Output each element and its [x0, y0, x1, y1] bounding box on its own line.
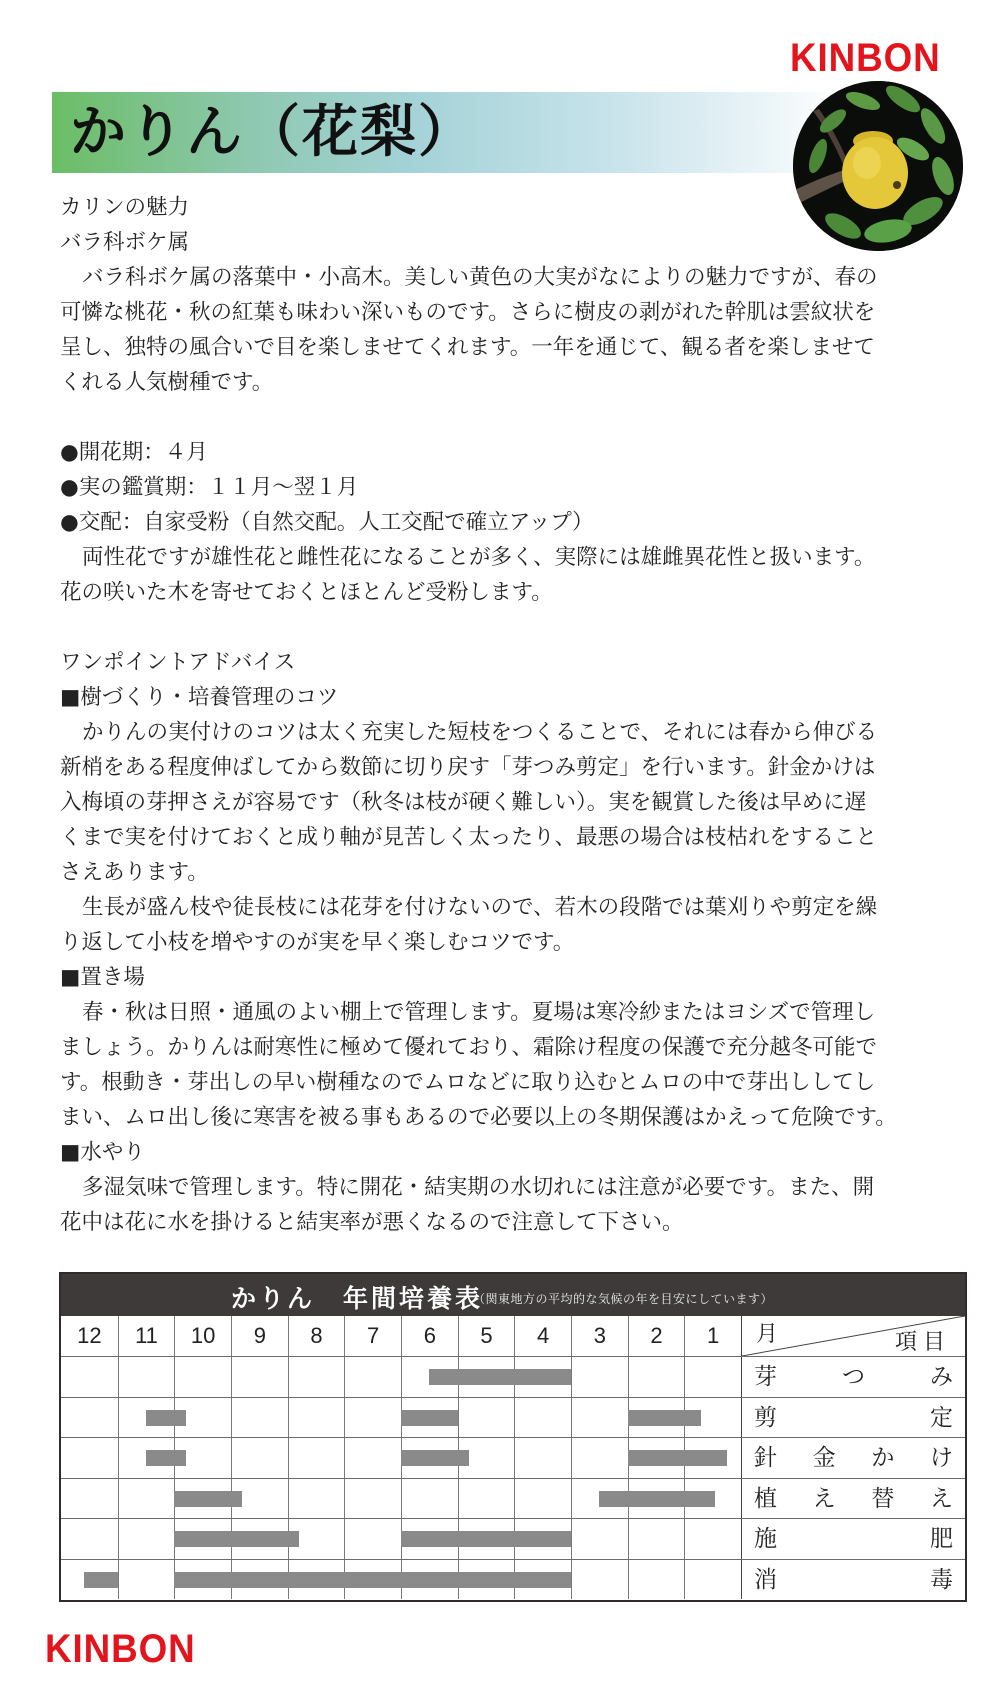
month-header-cell: 1	[684, 1316, 741, 1356]
task-label: 消毒	[742, 1560, 965, 1600]
intro-line: 呈し、独特の風合いで目を楽しませてくれます。一年を通じて、観る者を楽しませて	[60, 330, 952, 365]
schedule-row: 芽つみ	[61, 1356, 965, 1397]
schedule-row: 植え替え	[61, 1478, 965, 1519]
task-label-char: 針	[754, 1438, 777, 1478]
schedule-cell	[514, 1398, 571, 1438]
schedule-row: 剪定	[61, 1397, 965, 1438]
schedule-cell	[344, 1519, 401, 1559]
pollination-note: 花の咲いた木を寄せておくとほとんど受粉します。	[60, 575, 952, 610]
schedule-cell	[61, 1479, 118, 1519]
schedule-cell	[514, 1479, 571, 1519]
advice-line: 入梅頃の芽押さえが容易です（秋冬は枝が硬く難しい）。実を観賞した後は早めに遅	[60, 785, 952, 820]
advice-line: さえあります。	[60, 855, 952, 890]
schedule-cell	[684, 1519, 741, 1559]
month-header-cell: 12	[61, 1316, 118, 1356]
schedule-cell	[571, 1357, 628, 1397]
schedule-cell	[344, 1438, 401, 1478]
task-label-cell: 針金かけ	[741, 1438, 965, 1478]
schedule-cell	[231, 1438, 288, 1478]
schedule-cell	[118, 1357, 175, 1397]
schedule-cell	[571, 1560, 628, 1600]
task-label-cell: 施肥	[741, 1519, 965, 1559]
month-header-cell: 9	[231, 1316, 288, 1356]
schedule-cell	[61, 1357, 118, 1397]
task-label-char: 芽	[754, 1357, 777, 1397]
schedule-cell	[458, 1479, 515, 1519]
advice-line: り返して小枝を増やすのが実を早く楽しむコツです。	[60, 925, 952, 960]
page-title: かりん（花梨）	[70, 98, 476, 166]
fact-pollination: ●交配：自家受粉（自然交配。人工交配で確立アップ）	[60, 505, 952, 540]
schedule-cell	[231, 1398, 288, 1438]
advice-line: 多湿気味で管理します。特に開花・結実期の水切れには注意が必要です。また、開	[60, 1170, 952, 1205]
task-label-char: 金	[813, 1438, 836, 1478]
month-header-cell: 11	[118, 1316, 175, 1356]
task-label-char: か	[871, 1438, 894, 1478]
schedule-cell	[628, 1560, 685, 1600]
task-label-char: え	[813, 1479, 836, 1519]
schedule-cell	[288, 1357, 345, 1397]
schedule-bar	[84, 1572, 118, 1588]
schedule-row: 消毒	[61, 1559, 965, 1600]
month-header-cell: 8	[288, 1316, 345, 1356]
section-heading-charm: カリンの魅力	[60, 190, 952, 225]
schedule-cell	[288, 1398, 345, 1438]
schedule-cell	[174, 1357, 231, 1397]
intro-line: 可憐な桃花・秋の紅葉も味わい深いものです。さらに樹皮の剥がれた幹肌は雲紋状を	[60, 295, 952, 330]
schedule-cell	[458, 1398, 515, 1438]
month-header-cell: 3	[571, 1316, 628, 1356]
schedule-cell	[118, 1479, 175, 1519]
task-label-char: 毒	[930, 1560, 953, 1600]
article-body: カリンの魅力 バラ科ボケ属 バラ科ボケ属の落葉中・小高木。美しい黄色の大実がなに…	[60, 190, 952, 1240]
fact-fruit-viewing: ●実の鑑賞期：１１月～翌１月	[60, 470, 952, 505]
task-label: 剪定	[742, 1398, 965, 1438]
task-label: 針金かけ	[742, 1438, 965, 1478]
task-label-char: つ	[842, 1357, 865, 1397]
month-header-row: 121110987654321月項目	[61, 1316, 965, 1356]
pollination-note: 両性花ですが雄性花と雌性花になることが多く、実際には雄雌異花性と扱います。	[60, 540, 952, 575]
advice-line: 春・秋は日照・通風のよい棚上で管理します。夏場は寒冷紗またはヨシズで管理し	[60, 995, 952, 1030]
task-label-char: み	[930, 1357, 953, 1397]
schedule-bar	[401, 1450, 469, 1466]
section-title-watering: ■水やり	[60, 1135, 952, 1170]
schedule-grid: 121110987654321月項目芽つみ剪定針金かけ植え替え施肥消毒	[61, 1316, 965, 1599]
schedule-cell	[61, 1519, 118, 1559]
corner-month-label: 月	[756, 1317, 778, 1348]
month-header-cell: 10	[174, 1316, 231, 1356]
schedule-cell	[231, 1357, 288, 1397]
schedule-bar	[599, 1491, 715, 1507]
advice-line: かりんの実付けのコツは太く充実した短枝をつくることで、それには春から伸びる	[60, 715, 952, 750]
task-label-char: 肥	[930, 1519, 953, 1559]
schedule-cell	[344, 1398, 401, 1438]
task-label-cell: 芽つみ	[741, 1357, 965, 1397]
month-header-cell: 5	[458, 1316, 515, 1356]
schedule-cell	[288, 1479, 345, 1519]
advice-line: ましょう。かりんは耐寒性に極めて優れており、霜除け程度の保護で充分越冬可能で	[60, 1030, 952, 1065]
corner-cell: 月項目	[741, 1316, 965, 1356]
schedule-cell	[571, 1398, 628, 1438]
schedule-cell	[118, 1560, 175, 1600]
task-label-cell: 植え替え	[741, 1479, 965, 1519]
schedule-cell	[571, 1519, 628, 1559]
fact-bloom-period: ●開花期：４月	[60, 435, 952, 470]
kinbon-logo: KINBON	[790, 38, 941, 78]
task-label-char: 替	[871, 1479, 894, 1519]
month-header-cell: 6	[401, 1316, 458, 1356]
schedule-header: かりん 年間培養表 （関東地方の平均的な気候の年を目安にしています）	[61, 1274, 965, 1316]
schedule-bar	[174, 1531, 299, 1547]
schedule-cell	[684, 1560, 741, 1600]
title-banner: かりん（花梨）	[52, 92, 842, 173]
task-label: 植え替え	[742, 1479, 965, 1519]
schedule-bar	[401, 1531, 571, 1547]
month-header-cell: 7	[344, 1316, 401, 1356]
advice-heading: ワンポイントアドバイス	[60, 645, 952, 680]
schedule-cell	[628, 1519, 685, 1559]
task-label-char: 消	[754, 1560, 777, 1600]
schedule-cell	[684, 1357, 741, 1397]
task-label-cell: 消毒	[741, 1560, 965, 1600]
section-title-placement: ■置き場	[60, 960, 952, 995]
task-label-cell: 剪定	[741, 1398, 965, 1438]
task-label-char: 剪	[754, 1398, 777, 1438]
schedule-cell	[118, 1519, 175, 1559]
month-header-cell: 4	[514, 1316, 571, 1356]
schedule-bar	[174, 1572, 571, 1588]
corner-item-label: 項目	[895, 1325, 951, 1356]
task-label-char: え	[930, 1479, 953, 1519]
schedule-bar	[628, 1450, 727, 1466]
schedule-bar	[146, 1410, 186, 1426]
schedule-cell	[514, 1438, 571, 1478]
schedule-bar	[429, 1369, 571, 1385]
task-label-char: 植	[754, 1479, 777, 1519]
annual-care-schedule: かりん 年間培養表 （関東地方の平均的な気候の年を目安にしています） 12111…	[59, 1272, 967, 1602]
schedule-bar	[146, 1450, 186, 1466]
advice-line: 花中は花に水を掛けると結実率が悪くなるので注意して下さい。	[60, 1205, 952, 1240]
intro-line: くれる人気樹種です。	[60, 365, 952, 400]
intro-line: バラ科ボケ属の落葉中・小高木。美しい黄色の大実がなによりの魅力ですが、春の	[60, 260, 952, 295]
schedule-title: かりん 年間培養表	[231, 1279, 483, 1315]
schedule-bar	[628, 1410, 702, 1426]
plant-family: バラ科ボケ属	[60, 225, 952, 260]
schedule-row: 針金かけ	[61, 1437, 965, 1478]
schedule-cell	[401, 1479, 458, 1519]
schedule-cell	[628, 1357, 685, 1397]
advice-line: まい、ムロ出し後に寒害を被る事もあるので必要以上の冬期保護はかえって危険です。	[60, 1100, 952, 1135]
month-header-cell: 2	[628, 1316, 685, 1356]
schedule-cell	[571, 1438, 628, 1478]
task-label: 施肥	[742, 1519, 965, 1559]
schedule-bar	[174, 1491, 242, 1507]
advice-line: 新梢をある程度伸ばしてから数節に切り戻す「芽つみ剪定」を行います。針金かけは	[60, 750, 952, 785]
spacer	[60, 610, 952, 645]
schedule-cell	[288, 1438, 345, 1478]
schedule-cell	[61, 1438, 118, 1478]
schedule-cell	[344, 1479, 401, 1519]
kinbon-logo-footer: KINBON	[45, 1629, 196, 1669]
advice-line: くまで実を付けておくと成り軸が見苦しく太ったり、最悪の場合は枝枯れをすること	[60, 820, 952, 855]
task-label-char: け	[930, 1438, 953, 1478]
spacer	[60, 400, 952, 435]
schedule-cell	[61, 1398, 118, 1438]
schedule-cell	[344, 1357, 401, 1397]
schedule-row: 施肥	[61, 1518, 965, 1559]
task-label-char: 定	[930, 1398, 953, 1438]
task-label: 芽つみ	[742, 1357, 965, 1397]
task-label-char: 施	[754, 1519, 777, 1559]
schedule-subtitle: （関東地方の平均的な気候の年を目安にしています）	[473, 1290, 773, 1307]
advice-line: 生長が盛ん枝や徒長枝には花芽を付けないので、若木の段階では葉刈りや剪定を繰	[60, 890, 952, 925]
section-title-training: ■樹づくり・培養管理のコツ	[60, 680, 952, 715]
schedule-bar	[401, 1410, 458, 1426]
advice-line: す。根動き・芽出しの早い樹種なのでムロなどに取り込むとムロの中で芽出ししてし	[60, 1065, 952, 1100]
